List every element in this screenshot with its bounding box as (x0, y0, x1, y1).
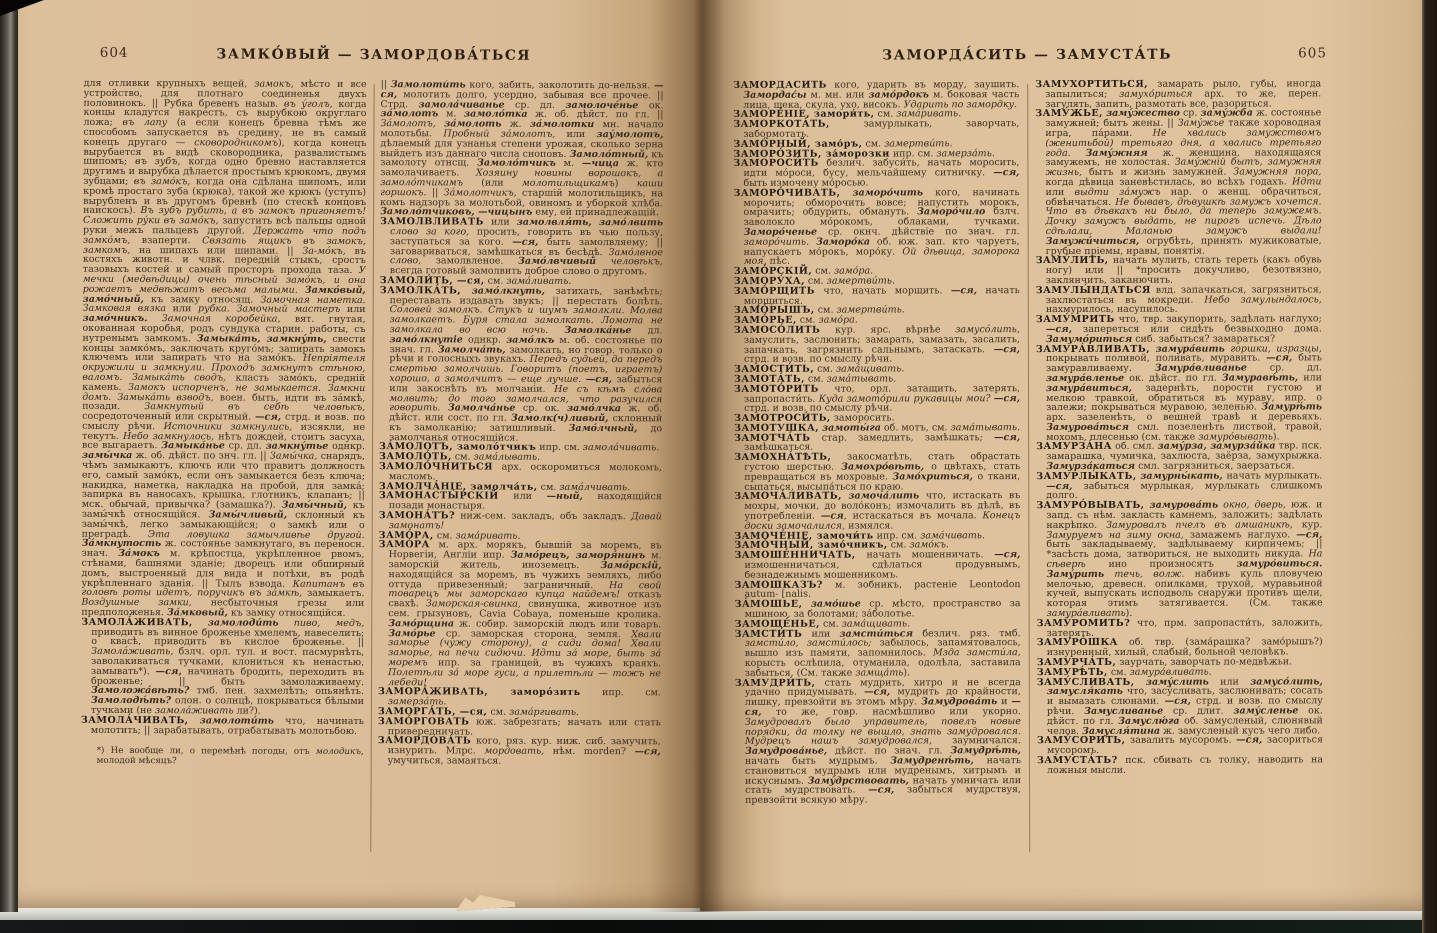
dictionary-paragraph: ЗАМОШКАЗЪ? м. зобникъ, растеніе Leontodo… (735, 580, 1021, 600)
running-head-right: ЗАМОРДА́СИТЬ — ЗАМУСТА́ТЬ (733, 46, 1321, 64)
dictionary-paragraph: ЗАМОЛА́ЧИВАТЬ, замолоти́ть что, начинать… (81, 716, 364, 737)
dictionary-paragraph: ЗАМУДРИ́ТЬ, стать мудрить, хитро и не вс… (735, 678, 1021, 806)
table-surface (0, 920, 1437, 933)
dictionary-paragraph: ЗАМУРО́ВЫВАТЬ, замурова́ть окно, дверь, … (1036, 501, 1322, 619)
dictionary-paragraph: ЗАМОСО́ЛИТЬ кур. ярс. вѣрнѣе замусо́лить… (734, 325, 1020, 365)
dictionary-paragraph: ЗАМОЧА́ЛИВАТЬ, замоча́лить что, истаскат… (734, 492, 1020, 532)
dictionary-paragraph: ЗАМУ́ЛИТЬ, начать мулить, стать тереть (… (1036, 256, 1322, 286)
dictionary-paragraph: ЗАМОХНА́ТѢТЬ, закосматѣть, стать обраста… (734, 452, 1020, 492)
dictionary-paragraph: ЗАМОШЕ́ННИЧАТЬ, начать мошенничать. —ся,… (734, 550, 1020, 580)
running-head-left: ЗАМКО́ВЫЙ — ЗАМОРДОВА́ТЬСЯ (84, 46, 664, 65)
dictionary-paragraph: ЗАМО́РЩИТЬ что, начать морщить. —ся, нач… (734, 286, 1020, 306)
dictionary-paragraph: ЗАМУХО́РТИТЬСЯ, замарать рыло, губы, ино… (1035, 79, 1321, 109)
dictionary-paragraph: ЗАМОТЧА́ТЬ стар. замедлить, замѣшкать; —… (734, 433, 1020, 453)
dictionary-paragraph: ЗАМОРДА́СИТЬ кого, ударить въ морду, зау… (733, 80, 1019, 110)
text-column: || Замолоти́ть кого, забить, заколотить … (377, 80, 663, 856)
page-left: 604 ЗАМКО́ВЫЙ — ЗАМОРДОВА́ТЬСЯ для отлив… (18, 0, 700, 908)
dictionary-paragraph: ЗАМОРОСИ́ТЬ безлич. забуси́ть, начать мо… (733, 158, 1019, 188)
dictionary-paragraph: ЗАМОЛКА́ТЬ, замо́лкнуть, затихать, занѣм… (379, 286, 663, 444)
dictionary-paragraph: ЗАМОРДОВА́ТЬ кого, ряз. кур. ниж. сиб. з… (378, 736, 661, 767)
dictionary-paragraph: ЗАМОНА́ТЪ? ниж-сем. закладъ, объ закладъ… (379, 511, 662, 532)
dictionary-paragraph: ЗАМО́РА м. арх. морякъ, бывшій за моремъ… (378, 541, 662, 689)
page-right: 605 ЗАМОРДА́СИТЬ — ЗАМУСТА́ТЬ ЗАМОРДА́СИ… (700, 0, 1422, 911)
dictionary-paragraph: ЗАМУ́РОМИТЬ? что, прм. запропасти́ть, за… (1037, 618, 1323, 638)
dictionary-paragraph: ЗАМУРА́ВЛИВАТЬ, замура́вить горшки, изра… (1036, 344, 1322, 443)
page-right-content: 605 ЗАМОРДА́СИТЬ — ЗАМУСТА́ТЬ ЗАМОРДА́СИ… (700, 0, 1424, 912)
dictionary-paragraph: ЗАМОЛО́ЧНИТЬСЯ арх. оскоромиться молоком… (379, 462, 662, 483)
page-left-content: 604 ЗАМКО́ВЫЙ — ЗАМОРДОВА́ТЬСЯ для отлив… (14, 0, 700, 909)
dictionary-paragraph: ЗАМУ́ЖЬЕ, заму́жество ср. заму́жба ж. со… (1035, 109, 1321, 257)
dictionary-paragraph: ЗАМОЛВЛИВАТЬ или замолвля́ть, замо́лвить… (380, 217, 663, 277)
dictionary-paragraph: ЗА́МОШЬЕ, замо́шье ср. мѣсто, пространст… (735, 599, 1021, 619)
dictionary-paragraph: ЗАМУ́СОРИТЬ, завалить мусоромъ. —ся, зас… (1037, 736, 1323, 756)
book-cover-right-edge (1422, 0, 1437, 933)
dictionary-paragraph: ЗАМУЛЫ́НДАТЬСЯ влд. запачкаться, загрязн… (1036, 285, 1322, 315)
dictionary-paragraph: ЗАМОНАСТЫ́РСКІЙ или —ный, находящійся по… (379, 492, 662, 513)
dictionary-paragraph: ЗАМУ́МРИТЬ что, твр. закупорить, задѣлат… (1036, 314, 1322, 344)
dictionary-paragraph: ЗАМУСТА́ТЬ? пск. сбивать съ толку, навод… (1037, 755, 1323, 775)
dictionary-paragraph: ЗАМОТО́РИТЬ что, орл. затащить, затерять… (734, 384, 1020, 414)
dictionary-paragraph: ЗАМУРЗА́НА об. смл. заму́рза, замурза́йк… (1036, 442, 1322, 472)
dictionary-paragraph: || Замолоти́ть кого, забить, заколотить … (380, 80, 664, 218)
text-column: для отливки крупныхъ вещей, замокъ, мѣст… (80, 79, 366, 855)
dictionary-paragraph: ЗАМУ́СЛИВАТЬ, заму́слить или замусо́лить… (1037, 677, 1323, 737)
text-column: ЗАМУХО́РТИТЬСЯ, замарать рыло, губы, ино… (1035, 79, 1323, 855)
dictionary-paragraph: ЗАМУРО́ШКА об. твр. (зама́рашка? замо́ры… (1037, 638, 1323, 658)
footnote: *) Не вообще ли, о перемѣнѣ погоды, отъ … (81, 747, 364, 767)
dictionary-paragraph: ЗАМОРА́ЖИВАТЬ, заморо́зить ипр. см. заме… (378, 687, 661, 708)
text-column: ЗАМОРДА́СИТЬ кого, ударить въ морду, зау… (733, 80, 1021, 856)
dictionary-paragraph: ЗАМОЛА́ЖИВАТЬ, замолоди́ть пиво, медъ, п… (81, 618, 364, 717)
dictionary-paragraph: ЗАМОРКОТА́ТЬ, замурлыкать, заворчать, за… (733, 119, 1019, 139)
dictionary-paragraph: для отливки крупныхъ вещей, замокъ, мѣст… (81, 79, 366, 619)
dictionary-paragraph: ЗАМОРО́ЧИВАТЬ, заморо́чить кого, начинат… (733, 188, 1019, 267)
book-scan: 604 ЗАМКО́ВЫЙ — ЗАМОРДОВА́ТЬСЯ для отлив… (0, 0, 1437, 933)
dictionary-paragraph: ЗАМУРЛЫ́КАТЬ, замурны́кать, начать мурлы… (1036, 471, 1322, 501)
dictionary-paragraph: ЗАМСТИ́ТЬ или замсти́ться безлич. ряз. т… (735, 629, 1021, 679)
